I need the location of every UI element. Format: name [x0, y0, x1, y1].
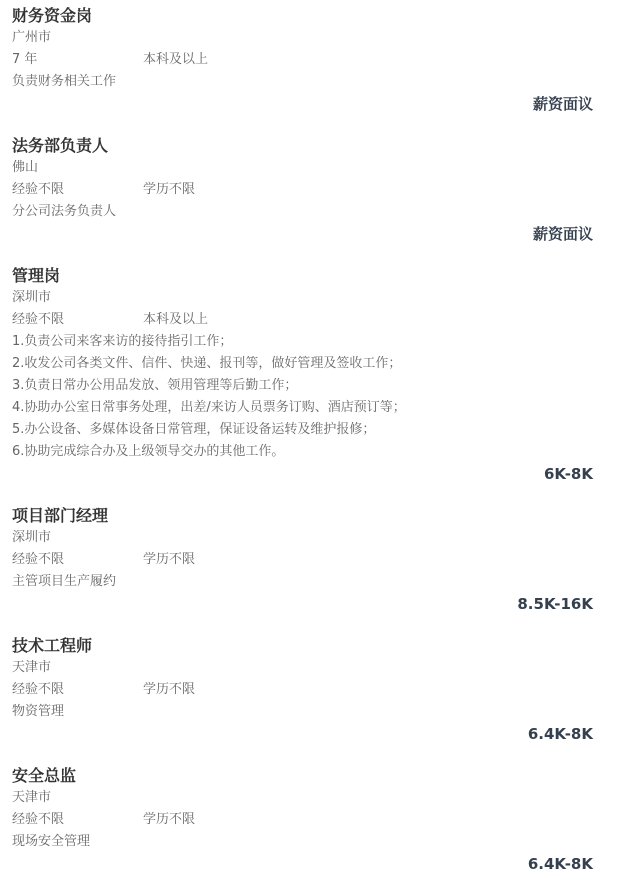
job-list: 财务资金岗 广州市 7 年本科及以上 负责财务相关工作 薪资面议 法务部负责人 … — [0, 0, 635, 869]
job-experience: 经验不限 — [12, 179, 143, 201]
job-listing[interactable]: 技术工程师 天津市 经验不限学历不限 物资管理 6.4K-8K — [12, 634, 593, 745]
job-description-line: 6.协助完成综合办及上级领导交办的其他工作。 — [12, 441, 593, 463]
job-salary: 6K-8K — [12, 463, 593, 485]
job-description-line: 主管项目生产履约 — [12, 571, 593, 593]
job-education: 学历不限 — [143, 682, 195, 697]
job-title: 管理岗 — [12, 264, 593, 287]
job-description: 负责财务相关工作 — [12, 71, 593, 93]
job-description-line: 物资管理 — [12, 701, 593, 723]
job-description: 物资管理 — [12, 701, 593, 723]
job-requirements-row: 经验不限本科及以上 — [12, 309, 593, 331]
job-education: 本科及以上 — [143, 312, 208, 327]
job-title: 财务资金岗 — [12, 4, 593, 27]
job-city: 深圳市 — [12, 527, 593, 549]
job-experience: 经验不限 — [12, 809, 143, 831]
job-salary: 薪资面议 — [12, 223, 593, 245]
job-education: 学历不限 — [143, 552, 195, 567]
job-salary: 薪资面议 — [12, 93, 593, 115]
job-education: 学历不限 — [143, 812, 195, 827]
job-listing[interactable]: 法务部负责人 佛山 经验不限学历不限 分公司法务负责人 薪资面议 — [12, 134, 593, 245]
job-title: 技术工程师 — [12, 634, 593, 657]
job-description-line: 分公司法务负责人 — [12, 201, 593, 223]
job-listing[interactable]: 管理岗 深圳市 经验不限本科及以上 1.负责公司来客来访的接待指引工作；2.收发… — [12, 264, 593, 485]
job-city: 佛山 — [12, 157, 593, 179]
job-listing[interactable]: 安全总监 天津市 经验不限学历不限 现场安全管理 6.4K-8K — [12, 764, 593, 869]
job-description: 分公司法务负责人 — [12, 201, 593, 223]
job-experience: 经验不限 — [12, 309, 143, 331]
job-description-line: 4.协助办公室日常事务处理，出差/来访人员票务订购、酒店预订等； — [12, 397, 593, 419]
job-experience: 7 年 — [12, 49, 143, 71]
job-listing[interactable]: 财务资金岗 广州市 7 年本科及以上 负责财务相关工作 薪资面议 — [12, 4, 593, 115]
job-description-line: 1.负责公司来客来访的接待指引工作； — [12, 331, 593, 353]
job-description-line: 负责财务相关工作 — [12, 71, 593, 93]
job-description-line: 2.收发公司各类文件、信件、快递、报刊等，做好管理及签收工作； — [12, 353, 593, 375]
job-description-line: 5.办公设备、多媒体设备日常管理，保证设备运转及维护报修； — [12, 419, 593, 441]
job-education: 本科及以上 — [143, 52, 208, 67]
job-requirements-row: 经验不限学历不限 — [12, 809, 593, 831]
job-salary: 6.4K-8K — [12, 853, 593, 869]
job-listing[interactable]: 项目部门经理 深圳市 经验不限学历不限 主管项目生产履约 8.5K-16K — [12, 504, 593, 615]
job-city: 天津市 — [12, 787, 593, 809]
job-experience: 经验不限 — [12, 679, 143, 701]
job-requirements-row: 7 年本科及以上 — [12, 49, 593, 71]
job-title: 法务部负责人 — [12, 134, 593, 157]
job-requirements-row: 经验不限学历不限 — [12, 179, 593, 201]
job-city: 天津市 — [12, 657, 593, 679]
job-description: 主管项目生产履约 — [12, 571, 593, 593]
job-education: 学历不限 — [143, 182, 195, 197]
job-salary: 6.4K-8K — [12, 723, 593, 745]
job-title: 项目部门经理 — [12, 504, 593, 527]
job-salary: 8.5K-16K — [12, 593, 593, 615]
job-requirements-row: 经验不限学历不限 — [12, 679, 593, 701]
job-description-line: 现场安全管理 — [12, 831, 593, 853]
job-description-line: 3.负责日常办公用品发放、领用管理等后勤工作； — [12, 375, 593, 397]
job-title: 安全总监 — [12, 764, 593, 787]
job-description: 1.负责公司来客来访的接待指引工作；2.收发公司各类文件、信件、快递、报刊等，做… — [12, 331, 593, 463]
job-city: 广州市 — [12, 27, 593, 49]
job-description: 现场安全管理 — [12, 831, 593, 853]
job-requirements-row: 经验不限学历不限 — [12, 549, 593, 571]
job-city: 深圳市 — [12, 287, 593, 309]
job-experience: 经验不限 — [12, 549, 143, 571]
